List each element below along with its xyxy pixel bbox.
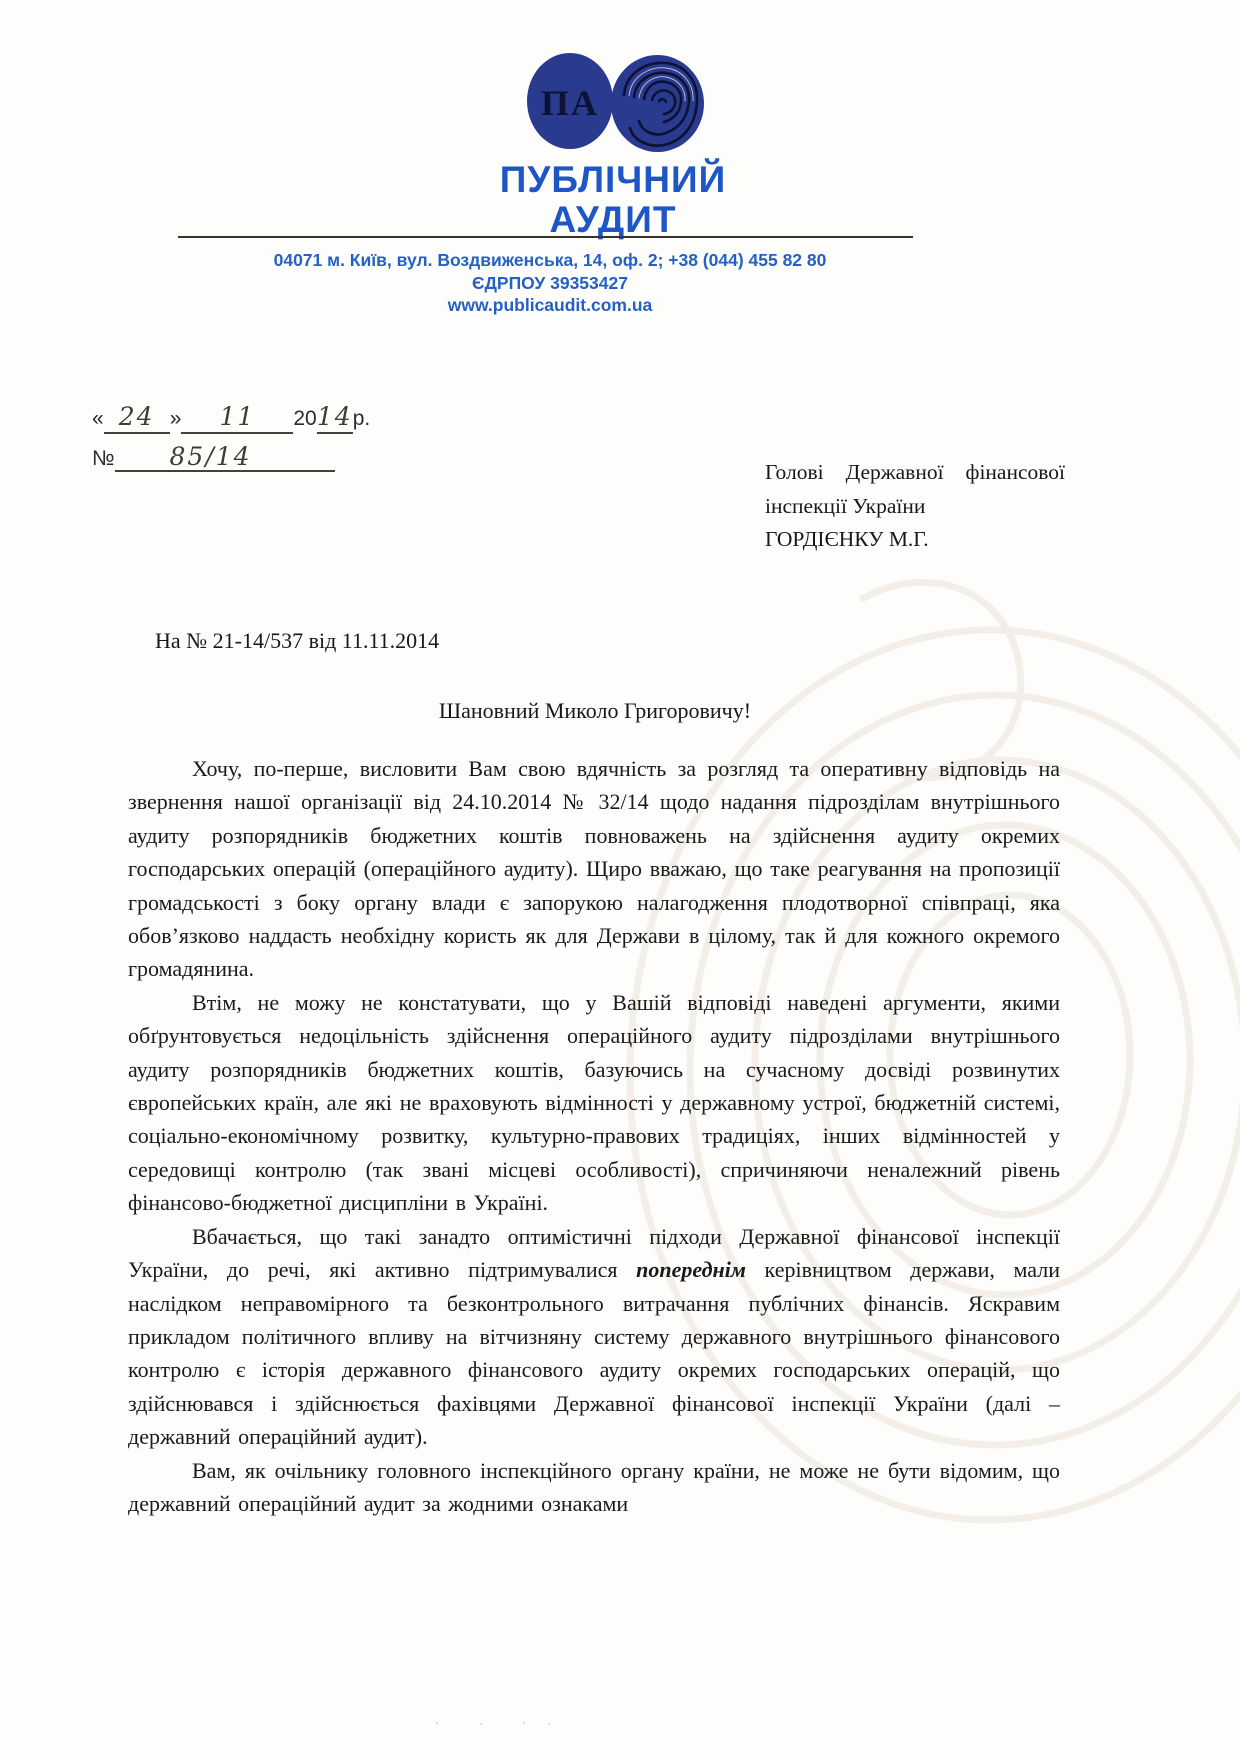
paragraph-1: Хочу, по-перше, висловити Вам свою вдячн… — [128, 752, 1060, 986]
date-line: «24»112014р. — [92, 404, 370, 434]
date-close-quote: » — [170, 407, 182, 430]
logo-initials: ПА — [541, 78, 599, 124]
recipient-line2: інспекції України — [765, 490, 1065, 524]
recipient-line3: ГОРДІЄНКУ М.Г. — [765, 523, 1065, 557]
number-line: №85/14 — [92, 444, 335, 472]
letter-page: ПА ПУБЛІЧНИЙ АУДИТ — [0, 0, 1240, 1753]
date-day-handwritten: 24 — [119, 402, 155, 431]
letter-body: Хочу, по-перше, висловити Вам свою вдячн… — [128, 752, 1060, 1520]
number-label: № — [92, 447, 115, 470]
date-year-handwritten: 14 — [317, 402, 353, 431]
paragraph-2: Втім, не можу не констатувати, що у Ваші… — [128, 986, 1060, 1220]
org-website[interactable]: www.publicaudit.com.ua — [130, 294, 970, 317]
logo-pa-circle: ПА — [527, 53, 613, 149]
emphasized-word: попереднім — [636, 1257, 746, 1282]
org-name-line1: ПУБЛІЧНИЙ — [380, 160, 846, 200]
paragraph-4: Вам, як очільнику головного інспекційног… — [128, 1454, 1060, 1521]
number-handwritten: 85/14 — [170, 442, 252, 471]
org-name: ПУБЛІЧНИЙ АУДИТ — [380, 160, 846, 240]
paragraph-3-after: керівництвом держави, мали наслідком неп… — [128, 1257, 1060, 1449]
reference-line: На № 21-14/537 від 11.11.2014 — [155, 628, 439, 654]
date-suffix: р. — [353, 407, 371, 430]
date-open-quote: « — [92, 407, 104, 430]
org-edrpou: ЄДРПОУ 39353427 — [130, 272, 970, 295]
date-year-prefix: 20 — [293, 407, 316, 430]
recipient-block: Голові Державної фінансової інспекції Ук… — [765, 456, 1065, 557]
salutation: Шановний Миколо Григоровичу! — [130, 698, 1060, 724]
letterhead-divider — [178, 236, 913, 238]
ear-icon — [611, 55, 704, 152]
logo-ear-circle — [611, 55, 704, 152]
recipient-line1: Голові Державної фінансової — [765, 456, 1065, 490]
contact-block: 04071 м. Київ, вул. Воздвиженська, 14, о… — [130, 249, 970, 317]
org-name-line2: АУДИТ — [380, 200, 846, 240]
date-month-handwritten: 11 — [219, 402, 255, 431]
paragraph-3: Вбачається, що такі занадто оптимістичні… — [128, 1220, 1060, 1454]
scan-artifact-dots — [436, 1722, 438, 1724]
org-address: 04071 м. Київ, вул. Воздвиженська, 14, о… — [130, 249, 970, 272]
